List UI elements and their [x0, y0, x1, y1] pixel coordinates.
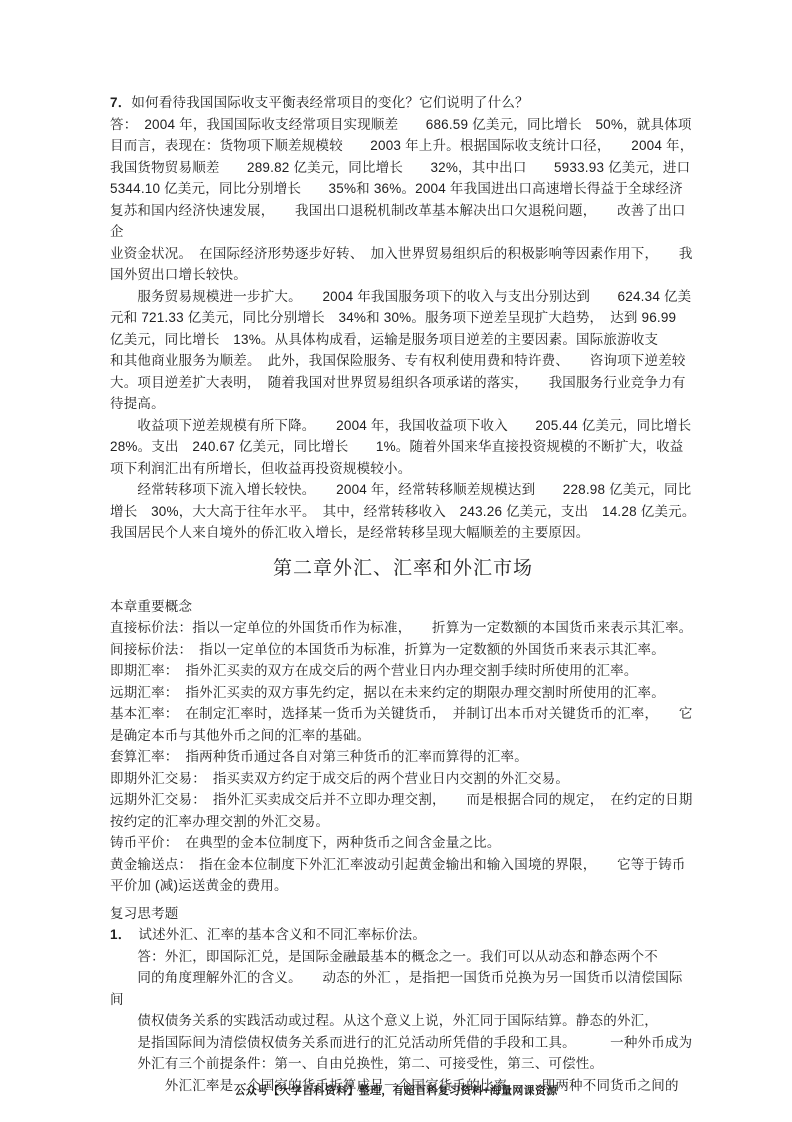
section-key-concepts: 本章重要概念 直接标价法：指以一定单位的外国货币作为标准， 折算为一定数额的本国… — [110, 596, 696, 897]
text-line: 国外贸出口增长较快。 — [110, 264, 696, 286]
text-line: 远期汇率： 指外汇买卖的双方事先约定，据以在未来约定的期限办理交割时所使用的汇率… — [110, 682, 696, 704]
review-heading: 复习思考题 — [110, 903, 696, 925]
document-page: 7．如何看待我国国际收支平衡表经常项目的变化？它们说明了什么？答： 2004 年… — [0, 0, 792, 1122]
text-line: 28%。支出 240.67 亿美元，同比增长 1%。随着外国来华直接投资规模的不… — [110, 436, 696, 458]
text-line: 即期外汇交易： 指买卖双方约定于成交后的两个营业日内交割的外汇交易。 — [110, 768, 696, 790]
text-line: 和其他商业服务为顺差。 此外，我国保险服务、专有权利使用费和特许费、 咨询项下逆… — [110, 350, 696, 372]
text-line: 是确定本币与其他外币之间的汇率的基础。 — [110, 725, 696, 747]
text-line: 基本汇率： 在制定汇率时，选择某一货币为关键货币， 并制订出本币对关键货币的汇率… — [110, 703, 696, 725]
text-line: 服务贸易规模进一步扩大。 2004 年我国服务项下的收入与支出分别达到 624.… — [110, 286, 696, 308]
text-line: 大。项目逆差扩大表明， 随着我国对世界贸易组织各项承诺的落实， 我国服务行业竞争… — [110, 372, 696, 394]
text-line: 我国货物贸易顺差 289.82 亿美元，同比增长 32%，其中出口 5933.9… — [110, 157, 696, 179]
text-line: 铸币平价： 在典型的金本位制度下，两种货币之间含金量之比。 — [110, 832, 696, 854]
concepts-text: 直接标价法：指以一定单位的外国货币作为标准， 折算为一定数额的本国货币来表示其汇… — [110, 617, 696, 897]
text-line: 我国居民个人来自境外的侨汇收入增长，是经常转移呈现大幅顺差的主要原因。 — [110, 522, 696, 544]
text-line: 复苏和国内经济快速发展， 我国出口退税机制改革基本解决出口欠退税问题， 改善了出… — [110, 200, 696, 243]
text-line: 业资金状况。 在国际经济形势逐步好转、 加入世界贸易组织后的积极影响等因素作用下… — [110, 243, 696, 265]
text-line: 待提高。 — [110, 393, 696, 415]
text-line: 黄金输送点： 指在金本位制度下外汇汇率波动引起黄金输出和输入国境的界限， 它等于… — [110, 854, 696, 876]
text-line: 间接标价法： 指以一定单位的本国货币为标准，折算为一定数额的外国货币来表示其汇率… — [110, 639, 696, 661]
text-line: 直接标价法：指以一定单位的外国货币作为标准， 折算为一定数额的本国货币来表示其汇… — [110, 617, 696, 639]
text-line: 外汇有三个前提条件：第一、自由兑换性，第二、可接受性，第三、可偿性。 — [110, 1053, 696, 1075]
text-line: 1． 试述外汇、汇率的基本含义和不同汇率标价法。 — [110, 924, 696, 946]
question-7-text: 7．如何看待我国国际收支平衡表经常项目的变化？它们说明了什么？答： 2004 年… — [110, 92, 696, 544]
text-line: 远期外汇交易： 指外汇买卖成交后并不立即办理交割， 而是根据合同的规定， 在约定… — [110, 789, 696, 811]
text-line: 5344.10 亿美元，同比分别增长 35%和 36%。2004 年我国进出口高… — [110, 178, 696, 200]
text-line: 收益项下逆差规模有所下降。 2004 年，我国收益项下收入 205.44 亿美元… — [110, 415, 696, 437]
section-question-7: 7．如何看待我国国际收支平衡表经常项目的变化？它们说明了什么？答： 2004 年… — [110, 92, 696, 544]
text-line: 同的角度理解外汇的含义。 动态的外汇 ，是指把一国货币兑换为另一国货币以清偿国际… — [110, 967, 696, 1010]
text-line: 按约定的汇率办理交割的外汇交易。 — [110, 811, 696, 833]
text-line: 项下利润汇出有所增长，但收益再投资规模较小。 — [110, 458, 696, 480]
text-line: 目而言，表现在：货物项下顺差规模较 2003 年上升。根据国际收支统计口径， 2… — [110, 135, 696, 157]
text-line: 7．如何看待我国国际收支平衡表经常项目的变化？它们说明了什么？ — [110, 92, 696, 114]
text-line: 即期汇率： 指外汇买卖的双方在成交后的两个营业日内办理交割手续时所使用的汇率。 — [110, 660, 696, 682]
text-line: 增长 30%，大大高于往年水平。 其中，经常转移收入 243.26 亿美元，支出… — [110, 501, 696, 523]
text-line: 答：外汇，即国际汇兑，是国际金融最基本的概念之一。我们可以从动态和静态两个不 — [110, 946, 696, 968]
text-line: 平价加 (减)运送黄金的费用。 — [110, 875, 696, 897]
text-line: 债权债务关系的实践活动或过程。从这个意义上说，外汇同于国际结算。静态的外汇， — [110, 1010, 696, 1032]
page-footer: 公众号【大学百科资料】整理，有超百科复习资料+海量网课资源 — [0, 1082, 792, 1098]
text-line: 元和 721.33 亿美元，同比分别增长 34%和 30%。服务项下逆差呈现扩大… — [110, 307, 696, 329]
section-review-questions: 复习思考题 1． 试述外汇、汇率的基本含义和不同汇率标价法。 答：外汇，即国际汇… — [110, 903, 696, 1097]
concepts-heading: 本章重要概念 — [110, 596, 696, 618]
chapter-2-title: 第二章外汇、汇率和外汇市场 — [110, 554, 696, 584]
text-line: 套算汇率： 指两种货币通过各自对第三种货币的汇率而算得的汇率。 — [110, 746, 696, 768]
text-line: 亿美元，同比增长 13%。从具体构成看，运输是服务项目逆差的主要因素。国际旅游收… — [110, 329, 696, 351]
review-questions-text: 1． 试述外汇、汇率的基本含义和不同汇率标价法。 答：外汇，即国际汇兑，是国际金… — [110, 924, 696, 1096]
text-line: 答： 2004 年，我国国际收支经常项目实现顺差 686.59 亿美元，同比增长… — [110, 114, 696, 136]
text-line: 是指国际间为清偿债权债务关系而进行的汇兑活动所凭借的手段和工具。 一种外币成为 — [110, 1032, 696, 1054]
text-line: 经常转移项下流入增长较快。 2004 年，经常转移顺差规模达到 228.98 亿… — [110, 479, 696, 501]
